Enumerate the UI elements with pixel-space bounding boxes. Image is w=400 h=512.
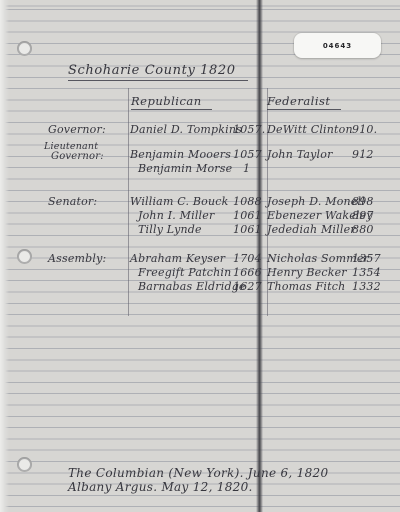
punch-hole-bottom — [17, 457, 32, 472]
page-title: Schoharie County 1820 — [68, 64, 248, 81]
fed-vote-count: 897 — [352, 210, 374, 222]
fed-candidate-name: DeWitt Clinton — [267, 124, 353, 136]
fed-vote-count: 898 — [352, 196, 374, 208]
fed-candidate-name: Thomas Fitch — [267, 281, 345, 293]
fed-vote-count: 1354 — [352, 267, 381, 279]
rep-candidate-name: John I. Miller — [138, 210, 214, 222]
punch-hole-middle — [17, 249, 32, 264]
rep-candidate-name: Tilly Lynde — [138, 224, 202, 236]
fed-vote-count: 1357 — [352, 253, 381, 265]
scan-edge — [0, 0, 9, 512]
rep-vote-count: 1088 — [233, 196, 262, 208]
rep-candidate-name: Daniel D. Tompkins — [130, 124, 242, 136]
office-label-lieutenant-line2: Governor: — [51, 151, 104, 162]
fed-vote-count: 910. — [352, 124, 377, 136]
rep-vote-count: 1704 — [233, 253, 262, 265]
column-header-republican: Republican — [131, 95, 212, 110]
office-label-assembly: Assembly: — [48, 253, 106, 265]
office-label-senator: Senator: — [48, 196, 97, 208]
punch-hole-top — [17, 41, 32, 56]
rep-candidate-name: Abraham Keyser — [130, 253, 225, 265]
source-citation: The Columbian (New York). June 6, 1820 — [68, 467, 328, 480]
fed-vote-count: 880 — [352, 224, 374, 236]
fed-candidate-name: Jedediah Miller — [267, 224, 356, 236]
rep-candidate-name-variant: Benjamin Morse — [138, 163, 232, 175]
rep-candidate-name: Freegift Patchin — [138, 267, 231, 279]
rep-vote-count: 1057. — [233, 124, 266, 136]
rep-vote-count-variant: 1 — [243, 163, 250, 175]
source-citation: Albany Argus. May 12, 1820. — [68, 481, 253, 494]
rep-vote-count: 1061 — [233, 224, 262, 236]
catalog-number: 04643 — [323, 42, 352, 50]
fed-candidate-name: Joseph D. Monell — [267, 196, 365, 208]
fed-vote-count: 912 — [352, 149, 374, 161]
rep-vote-count: 1057 — [233, 149, 262, 161]
rep-candidate-name: Benjamin Mooers — [130, 149, 231, 161]
fed-candidate-name: John Taylor — [267, 149, 333, 161]
column-divider-left — [128, 88, 129, 316]
fed-vote-count: 1332 — [352, 281, 381, 293]
rep-vote-count: 1627 — [233, 281, 262, 293]
rep-candidate-name: Barnabas Eldridge — [138, 281, 246, 293]
rep-vote-count: 1061 — [233, 210, 262, 222]
fed-candidate-name: Henry Becker — [267, 267, 347, 279]
rep-vote-count: 1666 — [233, 267, 262, 279]
office-label-governor: Governor: — [48, 124, 106, 136]
rep-candidate-name: William C. Bouck — [130, 196, 229, 208]
catalog-label: 04643 — [294, 33, 381, 58]
column-header-federalist: Federalist — [267, 95, 341, 110]
scanned-ledger-page: 04643 Schoharie County 1820 Republican F… — [0, 0, 400, 512]
